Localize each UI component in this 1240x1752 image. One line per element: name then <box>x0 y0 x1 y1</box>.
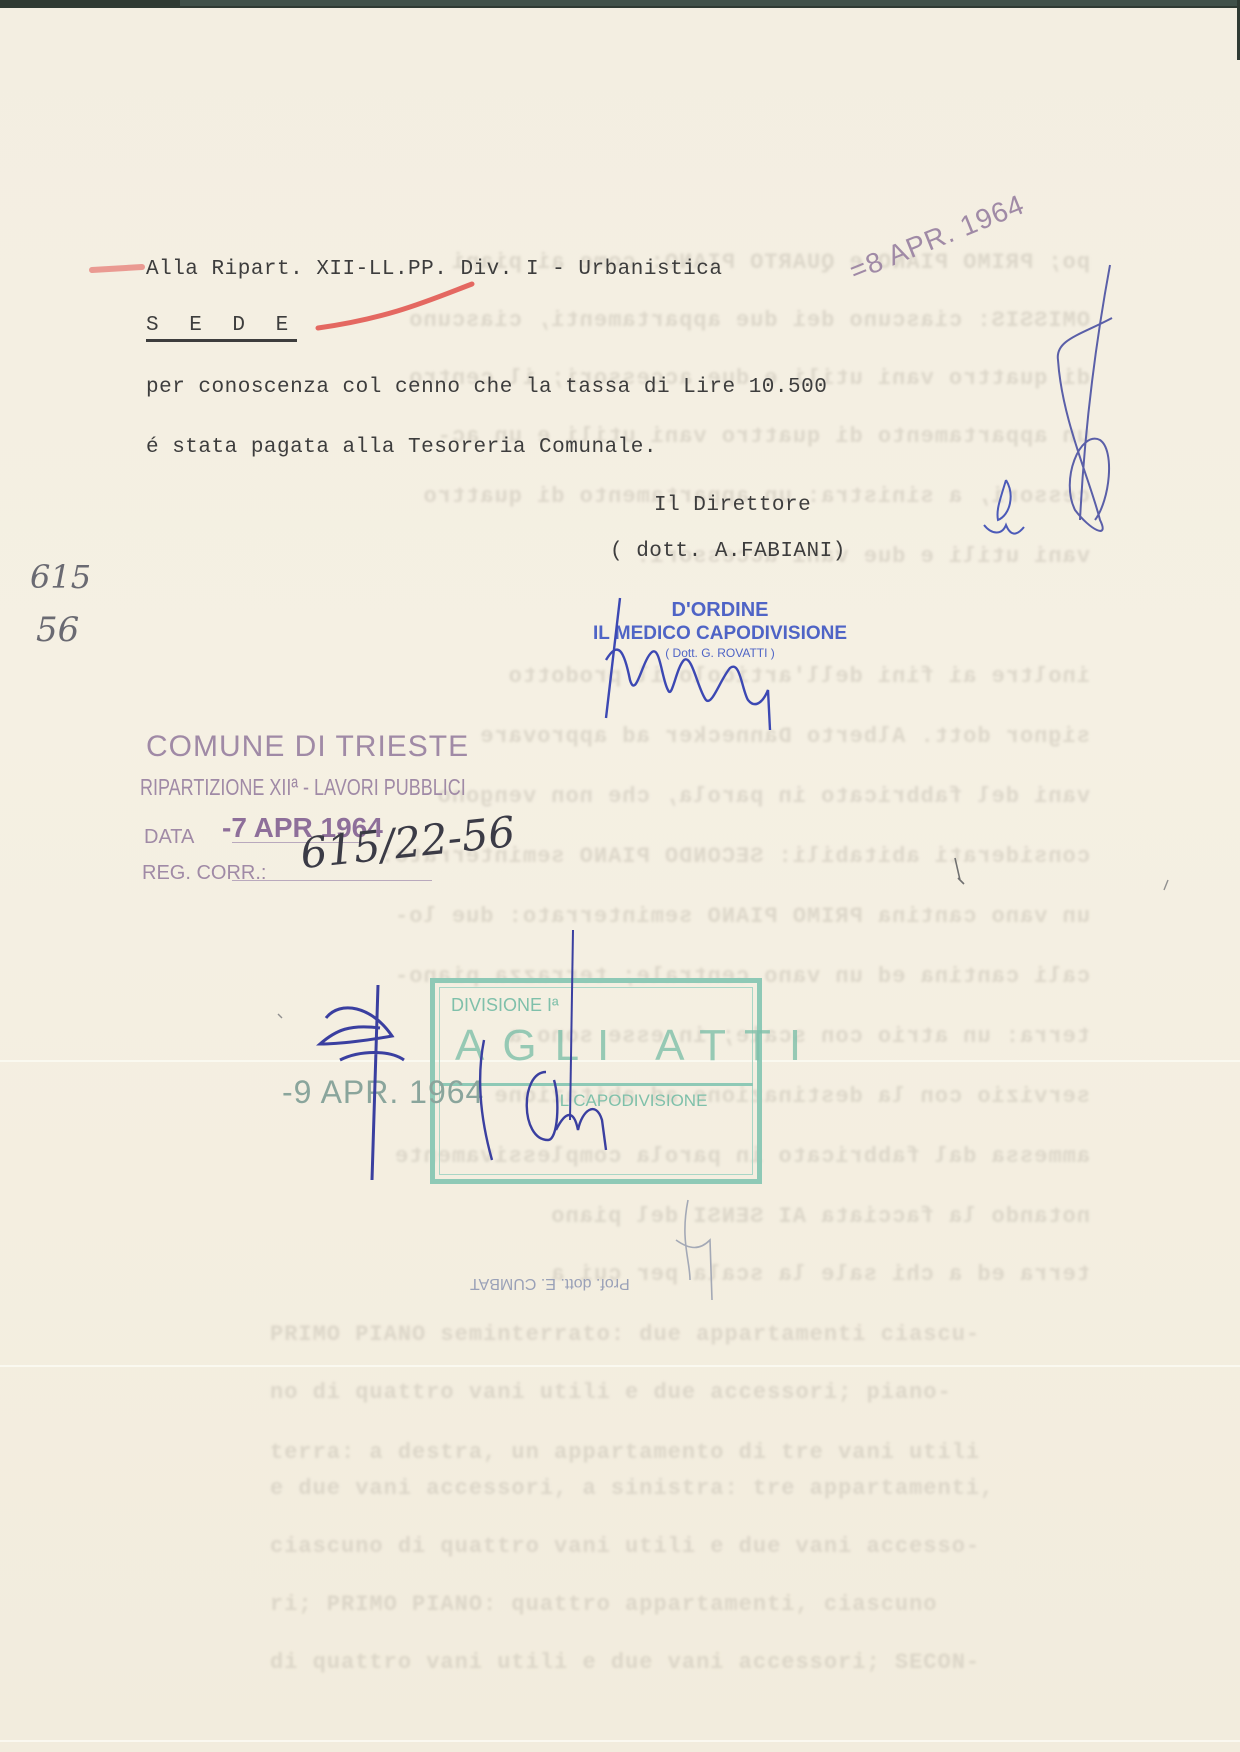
pen-vertical-line <box>570 930 573 1120</box>
red-arrow-mark <box>92 267 142 270</box>
pen-initial-mark <box>320 985 404 1180</box>
pencil-tick <box>955 858 964 884</box>
agli-atti-signature <box>480 1040 606 1160</box>
margin-flourish <box>1058 265 1112 531</box>
document-page: po; PRIMO PIANO e QUARTO PIANO: come ai … <box>0 0 1240 1752</box>
pencil-marks <box>676 1200 712 1300</box>
director-initials <box>984 480 1024 534</box>
red-underline-mark <box>318 284 472 328</box>
rovatti-signature <box>606 598 770 730</box>
handwritten-marks <box>0 0 1240 1752</box>
